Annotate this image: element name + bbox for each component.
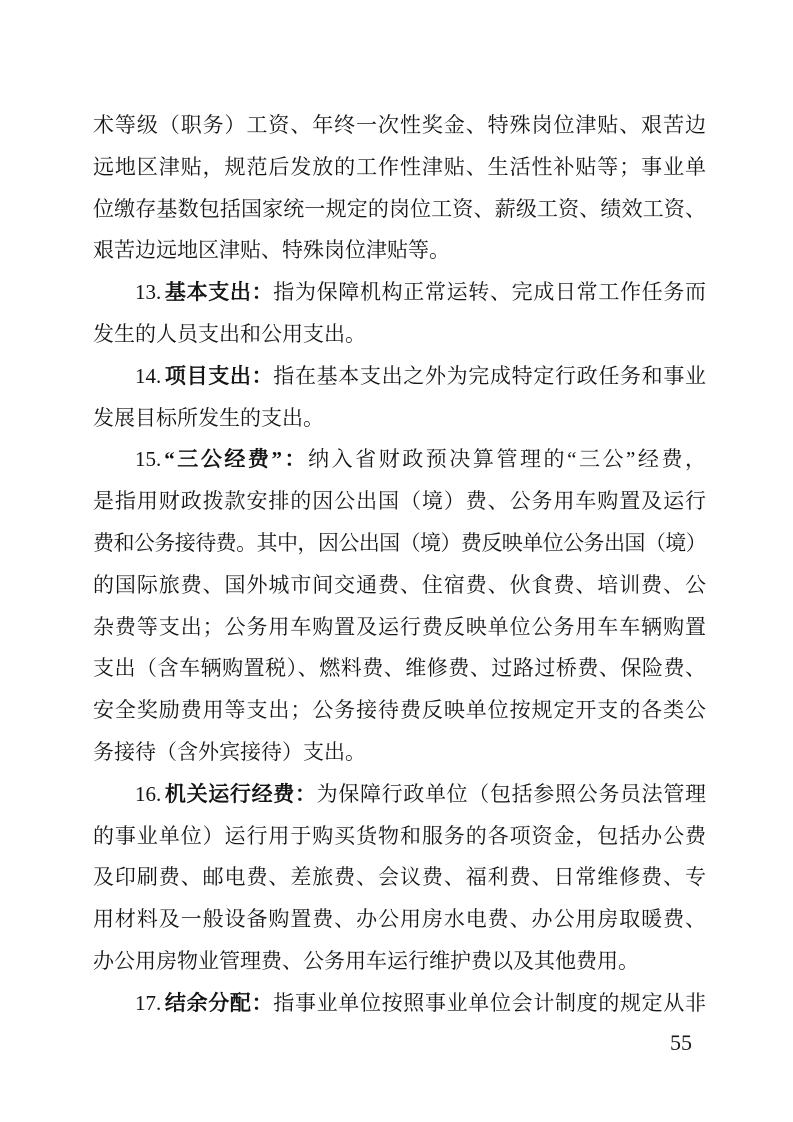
text-line: 艰苦边远地区津贴、特殊岗位津贴等。 xyxy=(93,230,706,272)
text-line: 杂费等支出；公务用车购置及运行费反映单位公务用车车辆购置 xyxy=(93,607,706,649)
body-text: 术等级（职务）工资、年终一次性奖金、特殊岗位津贴、艰苦边 xyxy=(93,113,706,137)
body-text: 用材料及一般设备购置费、办公用房水电费、办公用房取暖费、 xyxy=(93,907,706,931)
body-text: 的事业单位）运行用于购买货物和服务的各项资金，包括办公费 xyxy=(93,824,706,848)
body-text: 为保障行政单位（包括参照公务员法管理 xyxy=(317,782,706,806)
term-text: 机关运行经费： xyxy=(164,782,316,806)
text-line: 15.“三公经费”：纳入省财政预决算管理的“三公”经费， xyxy=(93,439,706,481)
text-line: 位缴存基数包括国家统一规定的岗位工资、薪级工资、绩效工资、 xyxy=(93,189,706,231)
text-line: 安全奖励费用等支出；公务接待费反映单位按规定开支的各类公 xyxy=(93,690,706,732)
body-text: 费和公务接待费。其中，因公出国（境）费反映单位公务出国（境） xyxy=(93,531,706,555)
body-text: 远地区津贴，规范后发放的工作性津贴、生活性补贴等；事业单 xyxy=(93,155,706,179)
term-text: 项目支出： xyxy=(164,364,273,388)
text-line: 用材料及一般设备购置费、办公用房水电费、办公用房取暖费、 xyxy=(93,899,706,941)
text-line: 务接待（含外宾接待）支出。 xyxy=(93,732,706,774)
text-line: 支出（含车辆购置税）、燃料费、维修费、过路过桥费、保险费、 xyxy=(93,648,706,690)
body-text: 发展目标所发生的支出。 xyxy=(93,406,324,430)
term-text: 基本支出： xyxy=(164,280,273,304)
text-line: 发生的人员支出和公用支出。 xyxy=(93,314,706,356)
text-line: 及印刷费、邮电费、差旅费、会议费、福利费、日常维修费、专 xyxy=(93,857,706,899)
body-text: 14. xyxy=(135,364,161,388)
body-text: 指在基本支出之外为完成特定行政任务和事业 xyxy=(273,364,706,388)
body-text: 是指用财政拨款安排的因公出国（境）费、公务用车购置及运行 xyxy=(93,489,706,513)
text-line: 的国际旅费、国外城市间交通费、住宿费、伙食费、培训费、公 xyxy=(93,565,706,607)
body-text: 15. xyxy=(135,447,161,471)
text-line: 的事业单位）运行用于购买货物和服务的各项资金，包括办公费 xyxy=(93,816,706,858)
body-text: 位缴存基数包括国家统一规定的岗位工资、薪级工资、绩效工资、 xyxy=(93,197,706,221)
body-text: 的国际旅费、国外城市间交通费、住宿费、伙食费、培训费、公 xyxy=(93,573,706,597)
body-text: 办公用房物业管理费、公务用车运行维护费以及其他费用。 xyxy=(93,949,639,973)
text-line: 14.项目支出：指在基本支出之外为完成特定行政任务和事业 xyxy=(93,356,706,398)
text-line: 费和公务接待费。其中，因公出国（境）费反映单位公务出国（境） xyxy=(93,523,706,565)
term-text: “三公经费”： xyxy=(164,447,308,471)
body-text: 纳入省财政预决算管理的“三公”经费， xyxy=(308,447,706,471)
body-text: 16. xyxy=(135,782,161,806)
text-line: 办公用房物业管理费、公务用车运行维护费以及其他费用。 xyxy=(93,941,706,983)
body-text: 13. xyxy=(135,280,161,304)
body-text: 支出（含车辆购置税）、燃料费、维修费、过路过桥费、保险费、 xyxy=(93,656,706,680)
body-text: 艰苦边远地区津贴、特殊岗位津贴等。 xyxy=(93,238,450,262)
document-body: 术等级（职务）工资、年终一次性奖金、特殊岗位津贴、艰苦边远地区津贴，规范后发放的… xyxy=(93,105,706,1025)
text-line: 发展目标所发生的支出。 xyxy=(93,398,706,440)
text-line: 16.机关运行经费：为保障行政单位（包括参照公务员法管理 xyxy=(93,774,706,816)
text-line: 是指用财政拨款安排的因公出国（境）费、公务用车购置及运行 xyxy=(93,481,706,523)
body-text: 杂费等支出；公务用车购置及运行费反映单位公务用车车辆购置 xyxy=(93,615,706,639)
body-text: 17. xyxy=(135,991,161,1015)
term-text: 结余分配： xyxy=(164,991,273,1015)
text-line: 13.基本支出：指为保障机构正常运转、完成日常工作任务而 xyxy=(93,272,706,314)
body-text: 安全奖励费用等支出；公务接待费反映单位按规定开支的各类公 xyxy=(93,698,706,722)
body-text: 发生的人员支出和公用支出。 xyxy=(93,322,366,346)
body-text: 指为保障机构正常运转、完成日常工作任务而 xyxy=(273,280,706,304)
body-text: 及印刷费、邮电费、差旅费、会议费、福利费、日常维修费、专 xyxy=(93,865,706,889)
text-line: 远地区津贴，规范后发放的工作性津贴、生活性补贴等；事业单 xyxy=(93,147,706,189)
text-line: 17.结余分配：指事业单位按照事业单位会计制度的规定从非 xyxy=(93,983,706,1025)
body-text: 务接待（含外宾接待）支出。 xyxy=(93,740,366,764)
body-text: 指事业单位按照事业单位会计制度的规定从非 xyxy=(273,991,706,1015)
page-number: 55 xyxy=(670,1030,692,1056)
document-page: 术等级（职务）工资、年终一次性奖金、特殊岗位津贴、艰苦边远地区津贴，规范后发放的… xyxy=(0,0,793,1122)
text-line: 术等级（职务）工资、年终一次性奖金、特殊岗位津贴、艰苦边 xyxy=(93,105,706,147)
